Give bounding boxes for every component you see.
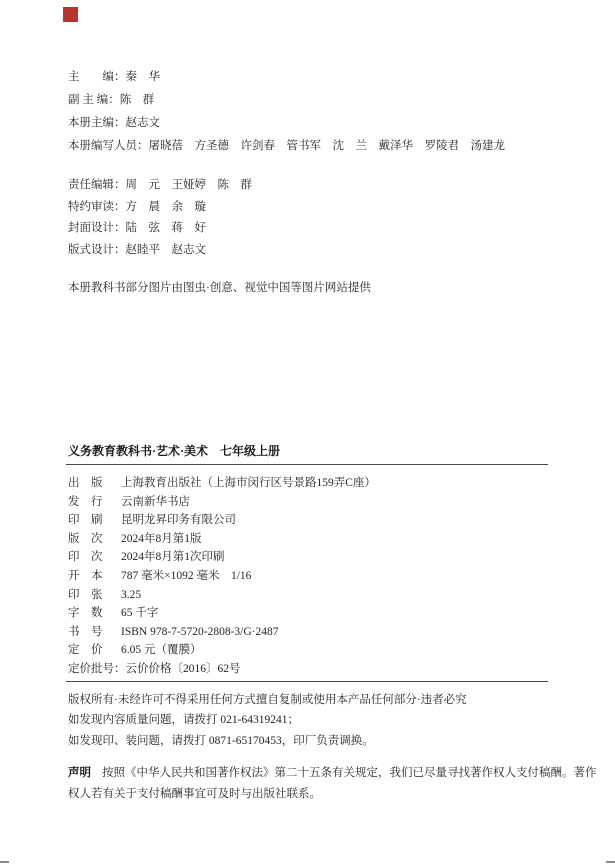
editorial-block: 责任编辑：周 元 王娅婷 陈 群 特约审读：方 晨 余 璇 封面设计：陆 弦 蒋… bbox=[68, 175, 252, 261]
pub-value: 昆明龙昇印务有限公司 bbox=[121, 514, 236, 526]
copyright-notice: 版权所有·未经许可不得采用任何方式擅自复制或使用本产品任何部分·违者必究 bbox=[68, 690, 467, 710]
statement-label: 声明 bbox=[68, 767, 91, 779]
pub-label: 印 刷 bbox=[68, 511, 104, 530]
pub-row-printer: 印 刷昆明龙昇印务有限公司 bbox=[68, 511, 376, 530]
statement-line-1: 声明按照《中华人民共和国著作权法》第二十五条有关规定，我们已尽量寻找著作权人支付… bbox=[68, 763, 580, 784]
page-corner-mark-right bbox=[606, 861, 615, 863]
image-credit-line: 本册教科书部分图片由图虫·创意、视觉中国等图片网站提供 bbox=[68, 279, 371, 295]
chief-editor-line: 主 编：秦 华 bbox=[68, 66, 505, 89]
pub-value: 2024年8月第1次印刷 bbox=[121, 551, 225, 563]
pub-row-wordcount: 字 数65 千字 bbox=[68, 604, 376, 623]
cover-design-line: 封面设计：陆 弦 蒋 好 bbox=[68, 218, 252, 240]
pub-label: 印 张 bbox=[68, 586, 104, 605]
pub-row-edition: 版 次2024年8月第1版 bbox=[68, 530, 376, 549]
pub-label: 版 次 bbox=[68, 530, 104, 549]
pub-label: 印 次 bbox=[68, 548, 104, 567]
pub-label: 书 号 bbox=[68, 623, 104, 642]
divider-top bbox=[66, 464, 548, 465]
printing-hotline: 如发现印、装问题，请拨打 0871-65170453，印厂负责调换。 bbox=[68, 731, 467, 751]
divider-bottom bbox=[66, 681, 548, 682]
pub-value: 787 毫米×1092 毫米 1/16 bbox=[121, 570, 251, 582]
pub-value: 2024年8月第1版 bbox=[121, 533, 202, 545]
pub-label: 字 数 bbox=[68, 604, 104, 623]
pub-row-isbn: 书 号ISBN 978-7-5720-2808-3/G·2487 bbox=[68, 623, 376, 642]
statement-text-1: 按照《中华人民共和国著作权法》第二十五条有关规定，我们已尽量寻找著作权人支付稿酬… bbox=[102, 767, 597, 779]
pub-row-format: 开 本787 毫米×1092 毫米 1/16 bbox=[68, 567, 376, 586]
pub-value: 65 千字 bbox=[121, 607, 158, 619]
pub-row-distributor: 发 行云南新华书店 bbox=[68, 493, 376, 512]
staff-block: 主 编：秦 华 副 主 编：陈 群 本册主编：赵志文 本册编写人员：屠晓蓓 方圣… bbox=[68, 66, 505, 158]
pub-row-impression: 印 次2024年8月第1次印刷 bbox=[68, 548, 376, 567]
statement-line-2: 权人若有关于支付稿酬事宜可及时与出版社联系。 bbox=[68, 784, 580, 805]
pub-value: ISBN 978-7-5720-2808-3/G·2487 bbox=[121, 626, 278, 638]
colophon-page: 主 编：秦 华 副 主 编：陈 群 本册主编：赵志文 本册编写人员：屠晓蓓 方圣… bbox=[0, 0, 615, 866]
notices-block: 版权所有·未经许可不得采用任何方式擅自复制或使用本产品任何部分·违者必究 如发现… bbox=[68, 690, 467, 751]
quality-hotline: 如发现内容质量问题，请拨打 021-64319241； bbox=[68, 710, 467, 730]
volume-editor-line: 本册主编：赵志文 bbox=[68, 112, 505, 135]
deputy-chief-editor-line: 副 主 编：陈 群 bbox=[68, 89, 505, 112]
responsible-editors-line: 责任编辑：周 元 王娅婷 陈 群 bbox=[68, 175, 252, 197]
statement-block: 声明按照《中华人民共和国著作权法》第二十五条有关规定，我们已尽量寻找著作权人支付… bbox=[68, 763, 580, 805]
pub-label: 定 价 bbox=[68, 641, 104, 660]
layout-design-line: 版式设计：赵睦平 赵志文 bbox=[68, 240, 252, 262]
pub-row-price: 定 价6.05 元（覆膜） bbox=[68, 641, 376, 660]
pub-label: 发 行 bbox=[68, 493, 104, 512]
pub-value: 6.05 元（覆膜） bbox=[121, 644, 202, 656]
pub-value: 云南新华书店 bbox=[121, 496, 190, 508]
volume-writers-line: 本册编写人员：屠晓蓓 方圣德 许剑春 管书军 沈 兰 戴泽华 罗陵君 汤建龙 bbox=[68, 135, 505, 158]
pub-label: 出 版 bbox=[68, 474, 104, 493]
pub-row-sheets: 印 张3.25 bbox=[68, 586, 376, 605]
book-title: 义务教育教科书·艺术·美术 七年级上册 bbox=[68, 442, 280, 459]
special-reviewers-line: 特约审读：方 晨 余 璇 bbox=[68, 197, 252, 219]
pub-value: 3.25 bbox=[121, 589, 141, 601]
publication-info-block: 出 版上海教育出版社（上海市闵行区号景路159弄C座） 发 行云南新华书店 印 … bbox=[68, 474, 376, 679]
pub-value: 上海教育出版社（上海市闵行区号景路159弄C座） bbox=[121, 477, 376, 489]
pub-label: 开 本 bbox=[68, 567, 104, 586]
page-corner-mark-left bbox=[0, 861, 9, 863]
red-corner-mark bbox=[63, 7, 78, 22]
pub-row-price-approval: 定价批号：云价价格〔2016〕62号 bbox=[68, 660, 376, 679]
pub-row-publisher: 出 版上海教育出版社（上海市闵行区号景路159弄C座） bbox=[68, 474, 376, 493]
